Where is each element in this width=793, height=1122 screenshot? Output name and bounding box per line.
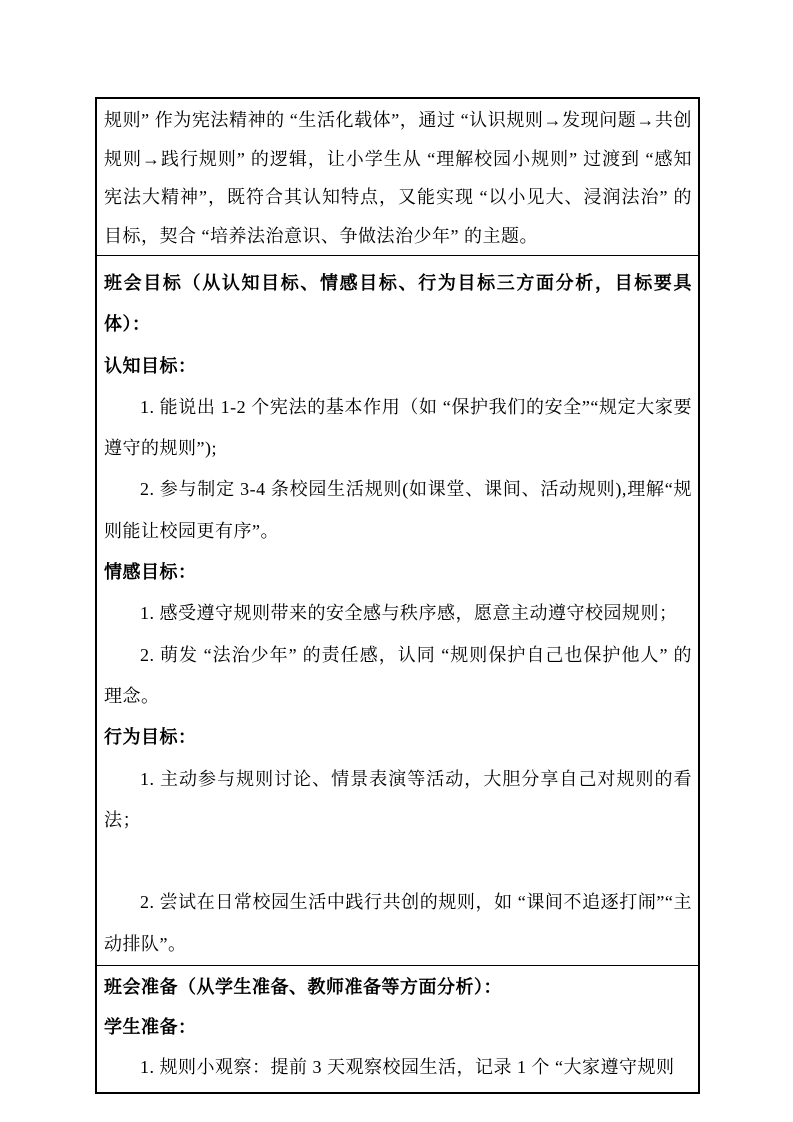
cell-meeting-goals: 班会目标（从认知目标、情感目标、行为目标三方面分析，目标要具体）： 认知目标： …	[96, 256, 699, 966]
emotional-goal-item-1: 1. 感受遵守规则带来的安全感与秩序感，愿意主动遵守校园规则；	[104, 593, 692, 634]
rationale-paragraph: 规则” 作为宪法精神的 “生活化载体”，通过 “认识规则→发现问题→共创规则→践…	[104, 101, 692, 255]
behavioral-goals-heading: 行为目标：	[104, 717, 692, 758]
cognitive-goal-item-2: 2. 参与制定 3-4 条校园生活规则(如课堂、课间、活动规则),理解“规则能让…	[104, 469, 692, 552]
cognitive-goals-heading: 认知目标：	[104, 346, 692, 387]
cognitive-goal-item-1: 1. 能说出 1-2 个宪法的基本作用（如 “保护我们的安全”“规定大家要遵守的…	[104, 387, 692, 470]
student-preparation-item-1: 1. 规则小观察：提前 3 天观察校园生活，记录 1 个 “大家遵守规则	[104, 1047, 692, 1087]
cell-meeting-preparation: 班会准备（从学生准备、教师准备等方面分析）： 学生准备： 1. 规则小观察：提前…	[96, 966, 699, 1093]
lesson-plan-table: 规则” 作为宪法精神的 “生活化载体”，通过 “认识规则→发现问题→共创规则→践…	[95, 97, 700, 1094]
preparation-section-heading: 班会准备（从学生准备、教师准备等方面分析）：	[104, 967, 692, 1007]
table-row-theme-rationale: 规则” 作为宪法精神的 “生活化载体”，通过 “认识规则→发现问题→共创规则→践…	[96, 98, 699, 256]
blank-line	[104, 841, 692, 882]
behavioral-goal-item-1: 1. 主动参与规则讨论、情景表演等活动，大胆分享自己对规则的看法；	[104, 759, 692, 842]
behavioral-goal-item-2: 2. 尝试在日常校园生活中践行共创的规则，如 “课间不追逐打闹”“主动排队”。	[104, 882, 692, 965]
emotional-goal-item-2: 2. 萌发 “法治少年” 的责任感，认同 “规则保护自己也保护他人” 的理念。	[104, 635, 692, 718]
cell-theme-rationale: 规则” 作为宪法精神的 “生活化载体”，通过 “认识规则→发现问题→共创规则→践…	[96, 98, 699, 256]
student-preparation-heading: 学生准备：	[104, 1007, 692, 1047]
document-page: 规则” 作为宪法精神的 “生活化载体”，通过 “认识规则→发现问题→共创规则→践…	[0, 0, 793, 1122]
table-row-meeting-goals: 班会目标（从认知目标、情感目标、行为目标三方面分析，目标要具体）： 认知目标： …	[96, 256, 699, 966]
table-row-meeting-preparation: 班会准备（从学生准备、教师准备等方面分析）： 学生准备： 1. 规则小观察：提前…	[96, 966, 699, 1093]
goals-section-heading: 班会目标（从认知目标、情感目标、行为目标三方面分析，目标要具体）：	[104, 263, 692, 346]
emotional-goals-heading: 情感目标：	[104, 552, 692, 593]
